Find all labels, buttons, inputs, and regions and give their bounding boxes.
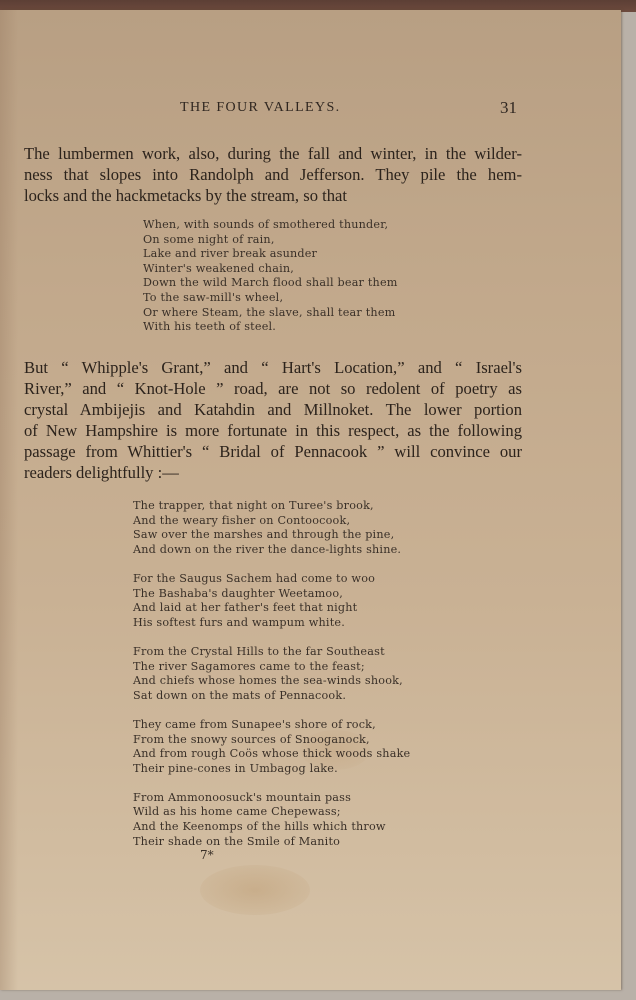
verse-line: For the Saugus Sachem had come to woo [133,572,410,587]
text-line: readers delightfully :— [24,462,522,483]
verse-line: They came from Sunapee's shore of rock, [133,718,410,733]
running-title: THE FOUR VALLEYS. [180,100,341,116]
verse-line: The river Sagamores came to the feast; [133,660,410,675]
verse-line: Winter's weakened chain, [143,262,398,277]
stanza: From the Crystal Hills to the far Southe… [133,645,410,703]
verse-line: Lake and river break asunder [143,247,398,262]
verse-line: The Bashaba's daughter Weetamoo, [133,587,410,602]
stanza: They came from Sunapee's shore of rock, … [133,718,410,776]
signature-mark: 7* [200,848,214,862]
text-line: of New Hampshire is more fortunate in th… [24,420,522,441]
verse-line: And chiefs whose homes the sea-winds sho… [133,674,410,689]
text-line: The lumbermen work, also, during the fal… [24,143,522,164]
verse-line: Wild as his home came Chepewass; [133,805,410,820]
verse-line: And down on the river the dance-lights s… [133,543,410,558]
verse-line: From the snowy sources of Snooganock, [133,733,410,748]
verse-line: Their shade on the Smile of Manito [133,835,410,850]
verse-line: With his teeth of steel. [143,320,398,335]
paragraph-place-names: But “ Whipple's Grant,” and “ Hart's Loc… [24,357,522,483]
stanza: From Ammonoosuck's mountain pass Wild as… [133,791,410,849]
verse-line: His softest furs and wampum white. [133,616,410,631]
verse-line: And the weary fisher on Contoocook, [133,514,410,529]
verse-line: From the Crystal Hills to the far Southe… [133,645,410,660]
verse-line: And from rough Coös whose thick woods sh… [133,747,410,762]
paragraph-lumbermen: The lumbermen work, also, during the fal… [24,143,522,206]
stanza: For the Saugus Sachem had come to woo Th… [133,572,410,630]
verse-line: Sat down on the mats of Pennacook. [133,689,410,704]
verse-line: Down the wild March flood shall bear the… [143,276,398,291]
text-line: But “ Whipple's Grant,” and “ Hart's Loc… [24,357,522,378]
verse-line: To the saw-mill's wheel, [143,291,398,306]
poem-bridal-of-pennacook: The trapper, that night on Turee's brook… [133,499,410,849]
text-line: locks and the hackmetacks by the stream,… [24,185,522,206]
verse-line: The trapper, that night on Turee's brook… [133,499,410,514]
verse-line: On some night of rain, [143,233,398,248]
page-number: 31 [500,98,517,118]
verse-line: And the Keenomps of the hills which thro… [133,820,410,835]
verse-line: And laid at her father's feet that night [133,601,410,616]
text-line: passage from Whittier's “ Bridal of Penn… [24,441,522,462]
verse-line: Or where Steam, the slave, shall tear th… [143,306,398,321]
text-line: crystal Ambijejis and Katahdin and Milln… [24,399,522,420]
verse-line: When, with sounds of smothered thunder, [143,218,398,233]
text-line: River,” and “ Knot-Hole ” road, are not … [24,378,522,399]
text-line: ness that slopes into Randolph and Jeffe… [24,164,522,185]
verse-line: Their pine-cones in Umbagog lake. [133,762,410,777]
paper-stain [200,865,310,915]
verse-line: From Ammonoosuck's mountain pass [133,791,410,806]
poem-lumber-verse: When, with sounds of smothered thunder, … [143,218,398,335]
verse-line: Saw over the marshes and through the pin… [133,528,410,543]
stanza: The trapper, that night on Turee's brook… [133,499,410,557]
